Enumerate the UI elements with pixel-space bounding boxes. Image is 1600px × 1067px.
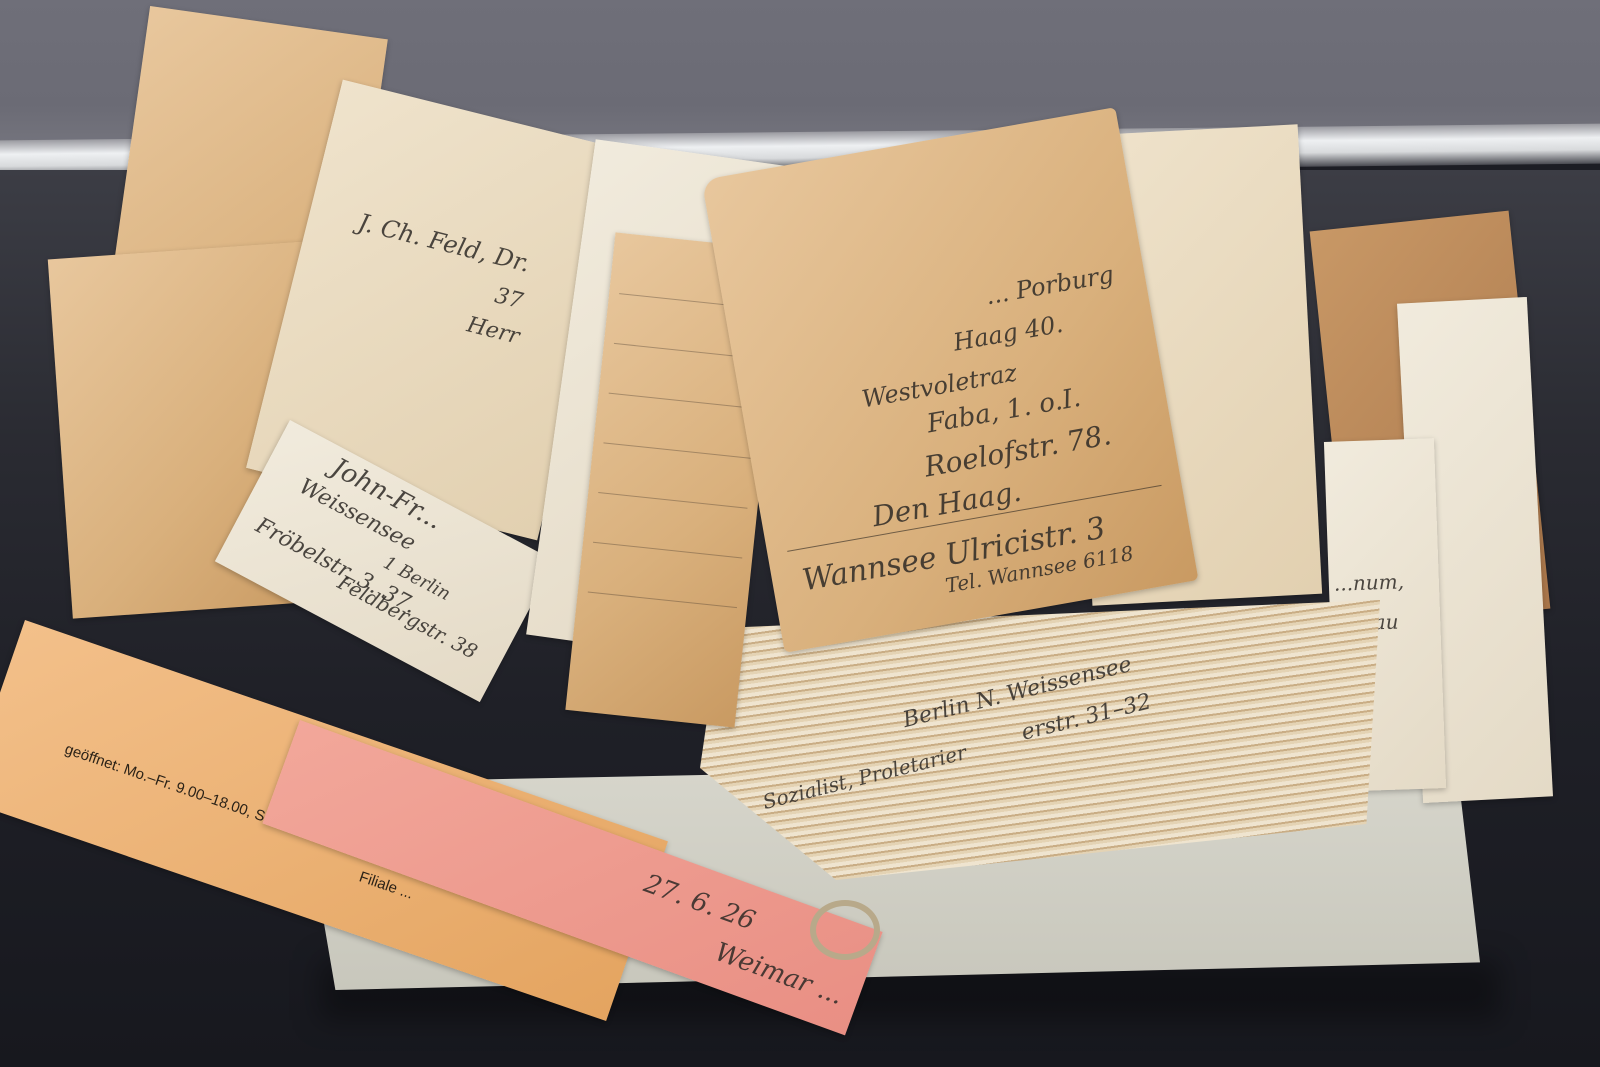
main-right-page: ... Porburg Haag 40. Westvoletraz Faba, …	[702, 107, 1199, 653]
binding-string	[810, 900, 880, 960]
top-slip-text-3: Herr	[464, 312, 522, 349]
right-page-line-1: ... Porburg	[984, 260, 1116, 310]
top-slip-text-1: J. Ch. Feld, Dr.	[356, 208, 533, 278]
right-page-line-6: Den Haag.	[870, 475, 1024, 534]
top-slip-text-2: 37	[492, 283, 525, 314]
right-page-line-2: Haag 40.	[951, 310, 1065, 357]
right-slip-text-1: ...num,	[1333, 569, 1404, 595]
photo-scene: ...num, Frau geöffnet: Mo.–Fr. 9.00–18.0…	[0, 0, 1600, 1067]
